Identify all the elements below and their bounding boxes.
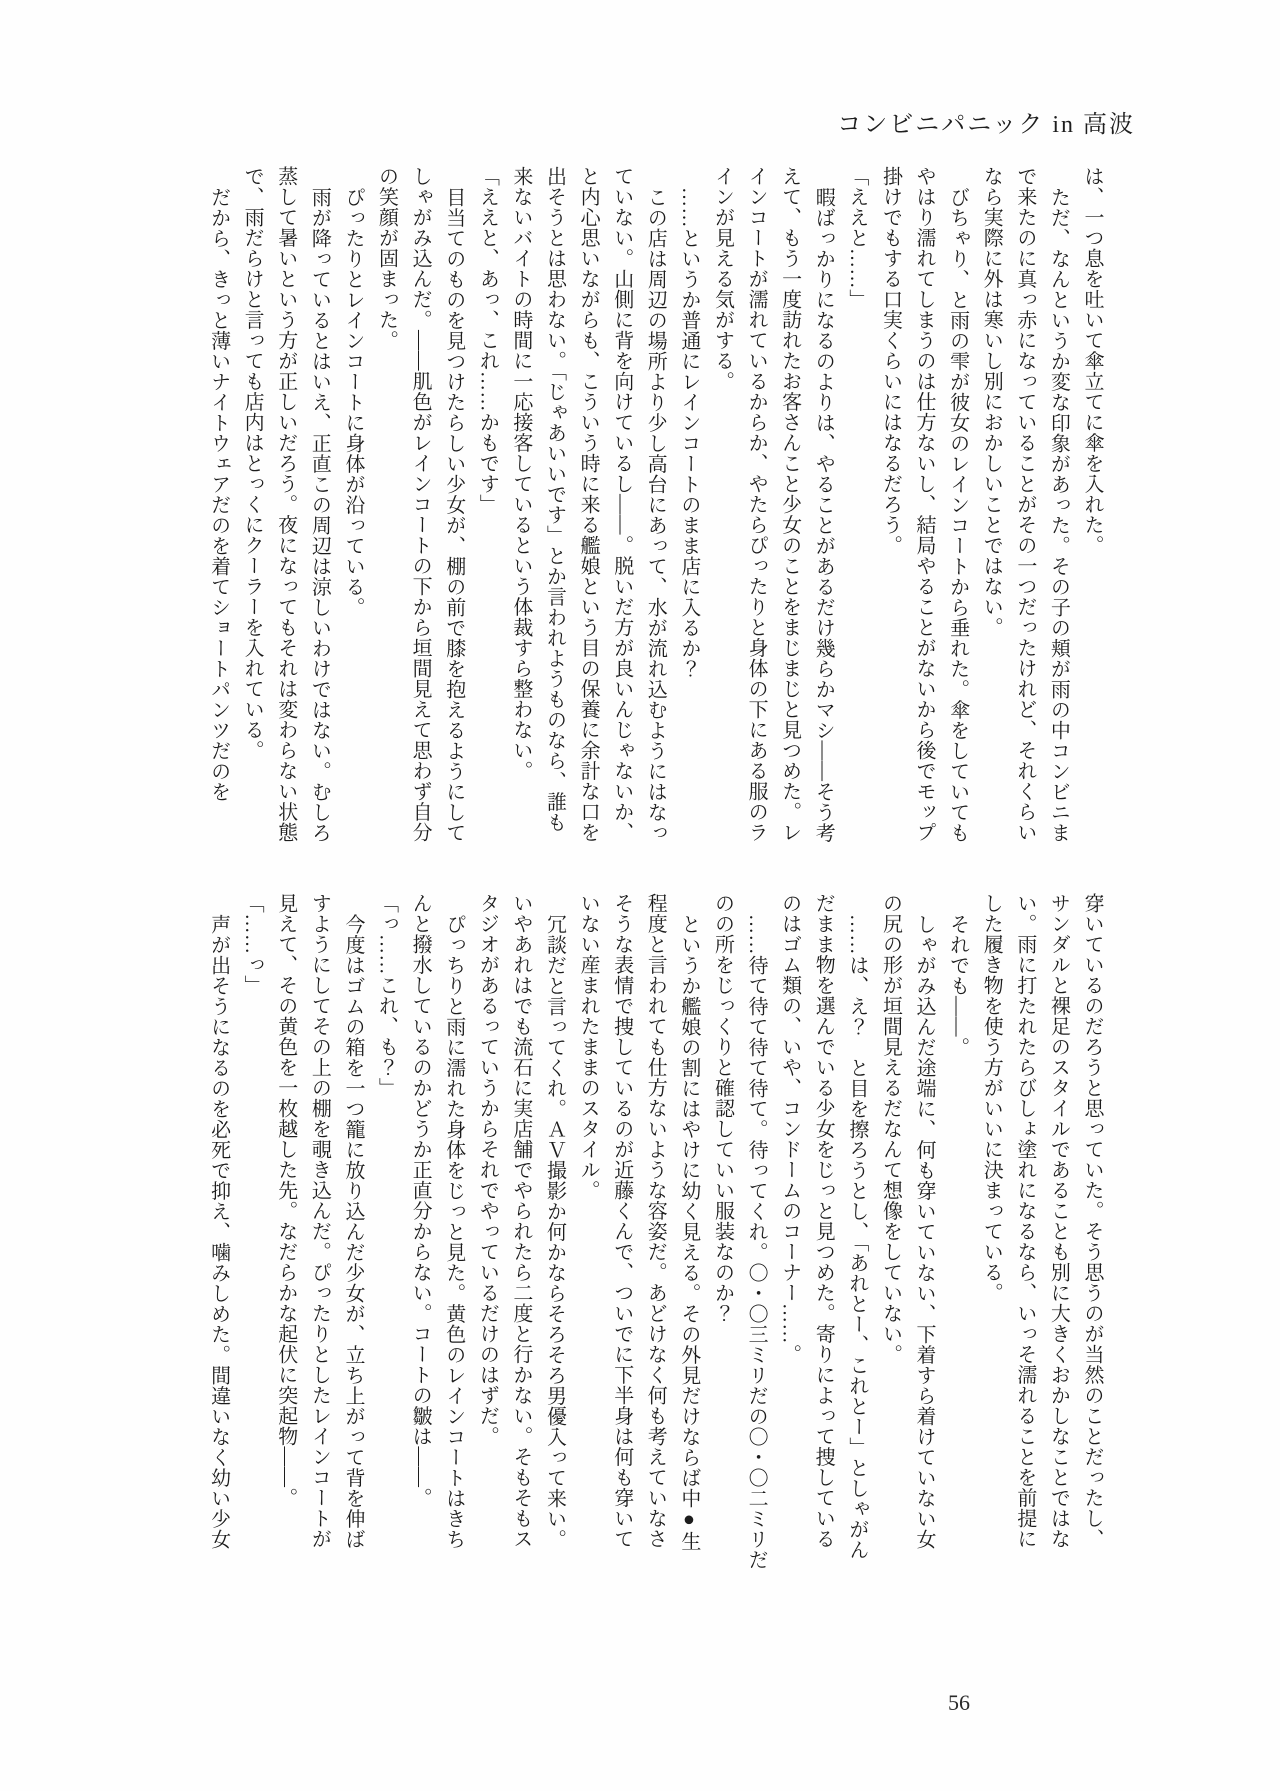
- text-column: 声が出そうになるのを必死で抑え、噛みしめた。間違いなく幼い少女: [201, 893, 235, 1601]
- text-column: やはり濡れてしまうのは仕方ないし、結局やることがないから後でモップ: [906, 166, 940, 874]
- text-column: 来ないバイトの時間に一応接客しているという体裁すら整わない。: [503, 166, 537, 874]
- page-header-title: コンビニパニック in 高波: [837, 104, 1135, 139]
- text-column: しゃがみ込んだ途端に、何も穿いていない、下着すら着けていない女: [906, 893, 940, 1601]
- text-column: すようにしてその上の棚を覗き込んだ。ぴったりとしたレインコートが: [302, 893, 336, 1601]
- text-column: い。雨に打たれたらびしょ塗れになるなら、いっそ濡れることを前提に: [1007, 893, 1041, 1601]
- text-column: この店は周辺の場所より少し高台にあって、水が流れ込むようにはなっ: [638, 166, 672, 874]
- text-column: 穿いているのだろうと思っていた。そう思うのが当然のことだったし、: [1074, 893, 1108, 1601]
- text-column: ……というか普通にレインコートのまま店に入るか？: [671, 166, 705, 874]
- text-column: それでも――。: [940, 893, 974, 1601]
- text-column: で、雨だらけと言っても店内はとっくにクーラーを入れている。: [235, 166, 269, 874]
- text-column: だから、きっと薄いナイトウェアだのを着てショートパンツだのを: [201, 166, 235, 874]
- text-column: 「ええと……」: [839, 166, 873, 874]
- text-column: 出そうとは思わない。「じゃあいいです」とか言われようものなら、誰も: [537, 166, 571, 874]
- text-column: ……待て待て待て待て。待ってくれ。〇・〇三ミリだの〇・〇二ミリだ: [738, 893, 772, 1601]
- text-column: んと撥水しているのかどうか正直分からない。コートの皺は――。: [403, 893, 437, 1601]
- page-number: 56: [948, 1690, 970, 1716]
- text-column: そうな表情で捜しているのが近藤くんで、ついでに下半身は何も穿いて: [604, 893, 638, 1601]
- text-column: インコートが濡れているからか、やたらぴったりと身体の下にある服のラ: [738, 166, 772, 874]
- text-column: なら実際に外は寒いし別におかしいことではない。: [974, 166, 1008, 874]
- text-column: サンダルと裸足のスタイルであることも別に大きくおかしなことではな: [1041, 893, 1075, 1601]
- text-column: ……は、え？ と目を擦ろうとし、「あれとー、これとー」としゃがん: [839, 893, 873, 1601]
- text-column: 掛けでもする口実くらいにはなるだろう。: [873, 166, 907, 874]
- text-column: ていない。山側に背を向けているし――。脱いだ方が良いんじゃないか、: [604, 166, 638, 874]
- text-column: 目当てのものを見つけたらしい少女が、棚の前で膝を抱えるようにして: [436, 166, 470, 874]
- text-column: ただ、なんというか変な印象があった。その子の頬が雨の中コンビニま: [1041, 166, 1075, 874]
- text-column: 今度はゴムの箱を一つ籠に放り込んだ少女が、立ち上がって背を伸ば: [335, 893, 369, 1601]
- text-column: インが見える気がする。: [705, 166, 739, 874]
- text-column: 暇ばっかりになるのよりは、やることがあるだけ幾らかマシ――そう考: [806, 166, 840, 874]
- text-column: ぴったりとレインコートに身体が沿っている。: [335, 166, 369, 874]
- text-column: だまま物を選んでいる少女をじっと見つめた。寄りによって捜している: [806, 893, 840, 1601]
- text-column: 見えて、その黄色を一枚越した先。なだらかな起伏に突起物――。: [268, 893, 302, 1601]
- text-column: 雨が降っているとはいえ、正直この周辺は涼しいわけではない。むしろ: [302, 166, 336, 874]
- text-column: 蒸して暑いという方が正しいだろう。夜になってもそれは変わらない状態: [268, 166, 302, 874]
- document-page: コンビニパニック in 高波 は、一つ息を吐いて傘立てに傘を入れた。ただ、なんと…: [0, 0, 1280, 1791]
- text-column: で来たのに真っ赤になっていることがその一つだったけれど、それくらい: [1007, 166, 1041, 874]
- text-column: 「ええと、あっ、これ……かもです」: [470, 166, 504, 874]
- text-column: 冗談だと言ってくれ。ＡＶ撮影か何かならそろそろ男優入って来い。: [537, 893, 571, 1601]
- text-column: は、一つ息を吐いて傘立てに傘を入れた。: [1074, 166, 1108, 874]
- text-column: というか艦娘の割にはやけに幼く見える。その外見だけならば中●生: [671, 893, 705, 1601]
- text-column: タジオがあるっていうからそれでやっているだけのはずだ。: [470, 893, 504, 1601]
- text-column: の笑顔が固まった。: [369, 166, 403, 874]
- text-column: びちゃり、と雨の雫が彼女のレインコートから垂れた。傘をしていても: [940, 166, 974, 874]
- text-column: 「……っ」: [235, 893, 269, 1601]
- text-column: えて、もう一度訪れたお客さんこと少女のことをまじまじと見つめた。レ: [772, 166, 806, 874]
- text-column: ぴっちりと雨に濡れた身体をじっと見た。黄色のレインコートはきち: [436, 893, 470, 1601]
- text-column: と内心思いながらも、こういう時に来る艦娘という目の保養に余計な口を: [571, 166, 605, 874]
- text-column: の尻の形が垣間見えるだなんて想像をしていない。: [873, 893, 907, 1601]
- text-column: しゃがみ込んだ。――肌色がレインコートの下から垣間見えて思わず自分: [403, 166, 437, 874]
- text-column: のはゴム類の、いや、コンドームのコーナー……。: [772, 893, 806, 1601]
- text-column: 程度と言われても仕方ないような容姿だ。あどけなく何も考えていなさ: [638, 893, 672, 1601]
- text-column: した履き物を使う方がいいに決まっている。: [974, 893, 1008, 1601]
- text-column: いやあれはでも流石に実店舗でやられたら二度と行かない。そもそもス: [503, 893, 537, 1601]
- text-block-top: は、一つ息を吐いて傘立てに傘を入れた。ただ、なんというか変な印象があった。その子…: [201, 166, 1108, 874]
- text-column: のの所をじっくりと確認していい服装なのか？: [705, 893, 739, 1601]
- text-block-bottom: 穿いているのだろうと思っていた。そう思うのが当然のことだったし、サンダルと裸足の…: [201, 893, 1108, 1601]
- text-column: いない産まれたままのスタイル。: [571, 893, 605, 1601]
- text-column: 「っ……これ、も？」: [369, 893, 403, 1601]
